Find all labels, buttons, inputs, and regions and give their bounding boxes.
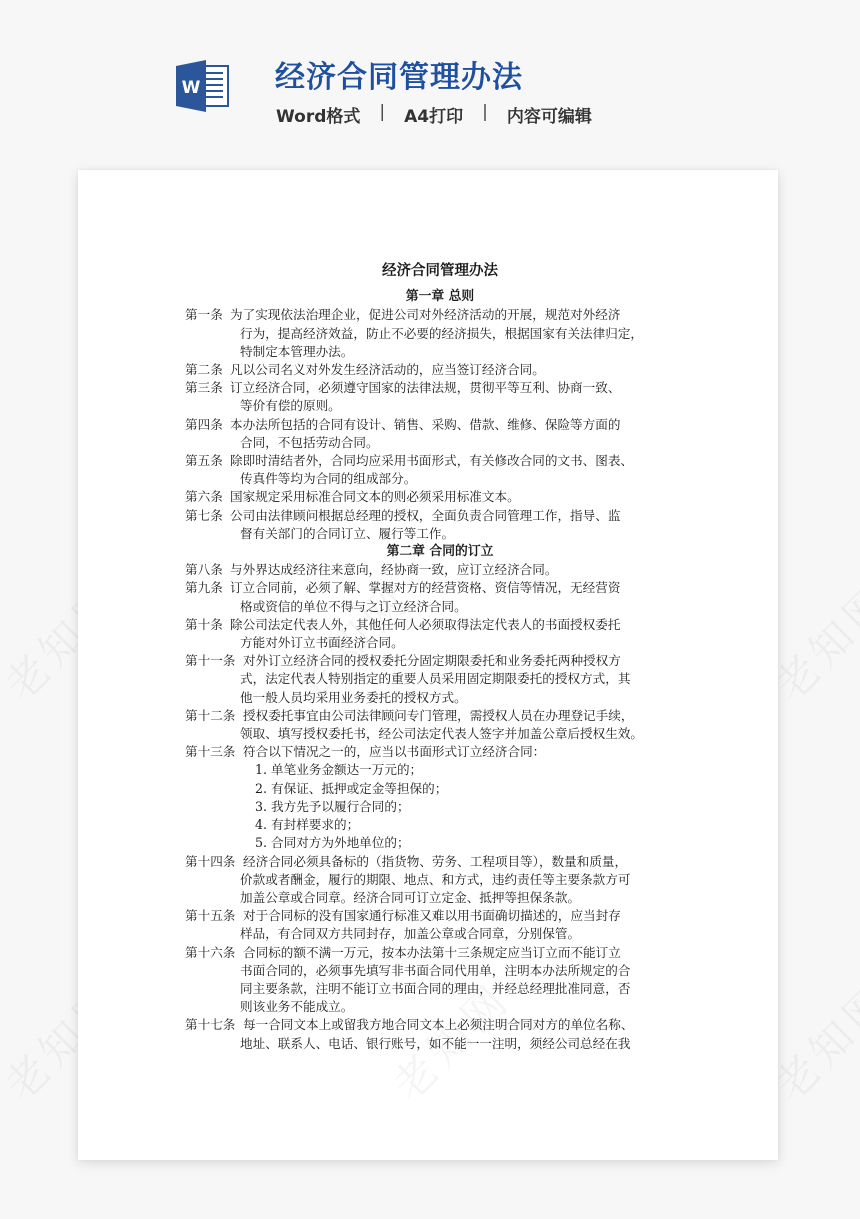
article-label: 第五条 bbox=[185, 452, 223, 470]
article-text-line: 书面合同的，必须事先填写非书面合同代用单，注明本办法所规定的合 bbox=[240, 962, 685, 980]
article-text-line: 授权委托事宜由公司法律顾问专门管理，需授权人员在办理登记手续， bbox=[243, 707, 685, 725]
article-text-line: 样品，有合同双方共同封存，加盖公章或合同章，分别保管。 bbox=[240, 925, 685, 943]
article-label: 第六条 bbox=[185, 488, 223, 506]
chapter-1-articles: 第一条为了实现依法治理企业，促进公司对外经济活动的开展，规范对外经济行为，提高经… bbox=[185, 306, 685, 543]
word-document-icon: W bbox=[176, 60, 230, 112]
article: 第十七条每一合同文本上或留我方地合同文本上必须注明合同对方的单位名称、地址、联系… bbox=[185, 1016, 685, 1052]
article-label: 第七条 bbox=[185, 507, 223, 525]
article-text-line: 与外界达成经济往来意向，经协商一致，应订立经济合同。 bbox=[230, 561, 685, 579]
article-text-line: 方能对外订立书面经济合同。 bbox=[240, 634, 685, 652]
article: 第三条订立经济合同，必须遵守国家的法律法规，贯彻平等互利、协商一致、等价有偿的原… bbox=[185, 379, 685, 415]
article-text-line: 传真件等均为合同的组成部分。 bbox=[240, 470, 685, 488]
article-text-line: 经济合同必须具备标的（指货物、劳务、工程项目等），数量和质量， bbox=[243, 853, 685, 871]
list-item: 3. 我方先予以履行合同的； bbox=[185, 798, 685, 816]
list-item: 5. 合同对方为外地单位的； bbox=[185, 834, 685, 852]
article-text-line: 督有关部门的合同订立、履行等工作。 bbox=[240, 525, 685, 543]
article-text-line: 等价有偿的原则。 bbox=[240, 397, 685, 415]
chapter-heading: 第一章 总则 bbox=[195, 288, 685, 306]
article-text-line: 公司由法律顾问根据总经理的授权，全面负责合同管理工作，指导、监 bbox=[230, 507, 685, 525]
article-text-line: 为了实现依法治理企业，促进公司对外经济活动的开展，规范对外经济 bbox=[230, 306, 685, 324]
article-text-line: 符合以下情况之一的，应当以书面形式订立经济合同： bbox=[243, 743, 685, 761]
article-label: 第十六条 bbox=[185, 944, 235, 962]
article-text-line: 除即时清结者外，合同均应采用书面形式，有关修改合同的文书、图表、 bbox=[230, 452, 685, 470]
article-text-line: 价款或者酬金，履行的期限、地点、和方式，违约责任等主要条款方可 bbox=[240, 871, 685, 889]
article-label: 第十二条 bbox=[185, 707, 235, 725]
article-text-line: 领取、填写授权委托书，经公司法定代表人签字并加盖公章后授权生效。 bbox=[240, 725, 685, 743]
tag-editable: 内容可编辑 bbox=[507, 102, 592, 127]
article: 第六条国家规定采用标准合同文本的则必须采用标准文本。 bbox=[185, 488, 685, 506]
tag-a4-print: A4打印 bbox=[404, 102, 463, 127]
article-text-line: 格或资信的单位不得与之订立经济合同。 bbox=[240, 598, 685, 616]
article-text-line: 则该业务不能成立。 bbox=[240, 998, 685, 1016]
list-item: 4. 有封样要求的； bbox=[185, 816, 685, 834]
article-label: 第二条 bbox=[185, 361, 223, 379]
article-text-line: 行为，提高经济效益，防止不必要的经济损失，根据国家有关法律归定， bbox=[240, 325, 685, 343]
article-text-line: 合同，不包括劳动合同。 bbox=[240, 434, 685, 452]
chapter-heading: 第二章 合同的订立 bbox=[195, 543, 685, 561]
article: 第十三条符合以下情况之一的，应当以书面形式订立经济合同： bbox=[185, 743, 685, 761]
article-label: 第八条 bbox=[185, 561, 223, 579]
article-label: 第三条 bbox=[185, 379, 223, 397]
article-text-line: 对于合同标的没有国家通行标准又难以用书面确切描述的，应当封存 bbox=[243, 907, 685, 925]
separator: | bbox=[482, 102, 488, 127]
article: 第二条凡以公司名义对外发生经济活动的，应当签订经济合同。 bbox=[185, 361, 685, 379]
article-text-line: 特制定本管理办法。 bbox=[240, 343, 685, 361]
article-text-line: 对外订立经济合同的授权委托分固定期限委托和业务委托两种授权方 bbox=[243, 652, 685, 670]
article: 第九条订立合同前，必须了解、掌握对方的经营资格、资信等情况，无经营资格或资信的单… bbox=[185, 579, 685, 615]
page-header: W 经济合同管理办法 Word格式 | A4打印 | 内容可编辑 bbox=[0, 0, 860, 160]
article-label: 第十四条 bbox=[185, 853, 235, 871]
article: 第八条与外界达成经济往来意向，经协商一致，应订立经济合同。 bbox=[185, 561, 685, 579]
article-text-line: 除公司法定代表人外，其他任何人必须取得法定代表人的书面授权委托 bbox=[230, 616, 685, 634]
article: 第十五条对于合同标的没有国家通行标准又难以用书面确切描述的，应当封存样品，有合同… bbox=[185, 907, 685, 943]
article-text-line: 国家规定采用标准合同文本的则必须采用标准文本。 bbox=[230, 488, 685, 506]
article-text-line: 地址、联系人、电话、银行账号，如不能一一注明，须经公司总经在我 bbox=[240, 1035, 685, 1053]
list-item: 1. 单笔业务金额达一万元的； bbox=[185, 761, 685, 779]
article-text-line: 本办法所包括的合同有设计、销售、采购、借款、维修、保险等方面的 bbox=[230, 416, 685, 434]
article: 第十二条授权委托事宜由公司法律顾问专门管理，需授权人员在办理登记手续，领取、填写… bbox=[185, 707, 685, 743]
article-text-line: 他一般人员均采用业务委托的授权方式。 bbox=[240, 689, 685, 707]
article-text-line: 合同标的额不满一万元，按本办法第十三条规定应当订立而不能订立 bbox=[243, 944, 685, 962]
chapter-2-articles: 第八条与外界达成经济往来意向，经协商一致，应订立经济合同。第九条订立合同前，必须… bbox=[185, 561, 685, 1052]
page-title: 经济合同管理办法 bbox=[275, 52, 523, 96]
document-title: 经济合同管理办法 bbox=[195, 262, 685, 280]
article-label: 第一条 bbox=[185, 306, 223, 324]
article: 第五条除即时清结者外，合同均应采用书面形式，有关修改合同的文书、图表、传真件等均… bbox=[185, 452, 685, 488]
article-label: 第十七条 bbox=[185, 1016, 235, 1034]
article-label: 第四条 bbox=[185, 416, 223, 434]
separator: | bbox=[379, 102, 385, 127]
article-text-line: 凡以公司名义对外发生经济活动的，应当签订经济合同。 bbox=[230, 361, 685, 379]
article: 第七条公司由法律顾问根据总经理的授权，全面负责合同管理工作，指导、监督有关部门的… bbox=[185, 507, 685, 543]
article-text-line: 式，法定代表人特别指定的重要人员采用固定期限委托的授权方式，其 bbox=[240, 670, 685, 688]
article-text-line: 加盖公章或合同章。经济合同可订立定金、抵押等担保条款。 bbox=[240, 889, 685, 907]
article: 第四条本办法所包括的合同有设计、销售、采购、借款、维修、保险等方面的合同，不包括… bbox=[185, 416, 685, 452]
article-label: 第十三条 bbox=[185, 743, 235, 761]
article-text-line: 订立经济合同，必须遵守国家的法律法规，贯彻平等互利、协商一致、 bbox=[230, 379, 685, 397]
svg-text:W: W bbox=[182, 78, 201, 98]
article-label: 第十一条 bbox=[185, 652, 235, 670]
format-tags: Word格式 | A4打印 | 内容可编辑 bbox=[276, 102, 592, 127]
document-page: 老知网 老知网 经济合同管理办法 第一章 总则 第一条为了实现依法治理企业，促进… bbox=[78, 170, 778, 1160]
document-body: 经济合同管理办法 第一章 总则 第一条为了实现依法治理企业，促进公司对外经济活动… bbox=[185, 262, 685, 1053]
article: 第十一条对外订立经济合同的授权委托分固定期限委托和业务委托两种授权方式，法定代表… bbox=[185, 652, 685, 707]
tag-word-format: Word格式 bbox=[276, 102, 360, 127]
article: 第一条为了实现依法治理企业，促进公司对外经济活动的开展，规范对外经济行为，提高经… bbox=[185, 306, 685, 361]
article-label: 第九条 bbox=[185, 579, 223, 597]
article-text-line: 每一合同文本上或留我方地合同文本上必须注明合同对方的单位名称、 bbox=[243, 1016, 685, 1034]
article: 第十六条合同标的额不满一万元，按本办法第十三条规定应当订立而不能订立书面合同的，… bbox=[185, 944, 685, 1017]
article-text-line: 同主要条款，注明不能订立书面合同的理由，并经总经理批准同意，否 bbox=[240, 980, 685, 998]
article: 第十四条经济合同必须具备标的（指货物、劳务、工程项目等），数量和质量，价款或者酬… bbox=[185, 853, 685, 908]
article: 第十条除公司法定代表人外，其他任何人必须取得法定代表人的书面授权委托方能对外订立… bbox=[185, 616, 685, 652]
article-label: 第十五条 bbox=[185, 907, 235, 925]
list-item: 2. 有保证、抵押或定金等担保的； bbox=[185, 780, 685, 798]
article-label: 第十条 bbox=[185, 616, 223, 634]
article-text-line: 订立合同前，必须了解、掌握对方的经营资格、资信等情况，无经营资 bbox=[230, 579, 685, 597]
